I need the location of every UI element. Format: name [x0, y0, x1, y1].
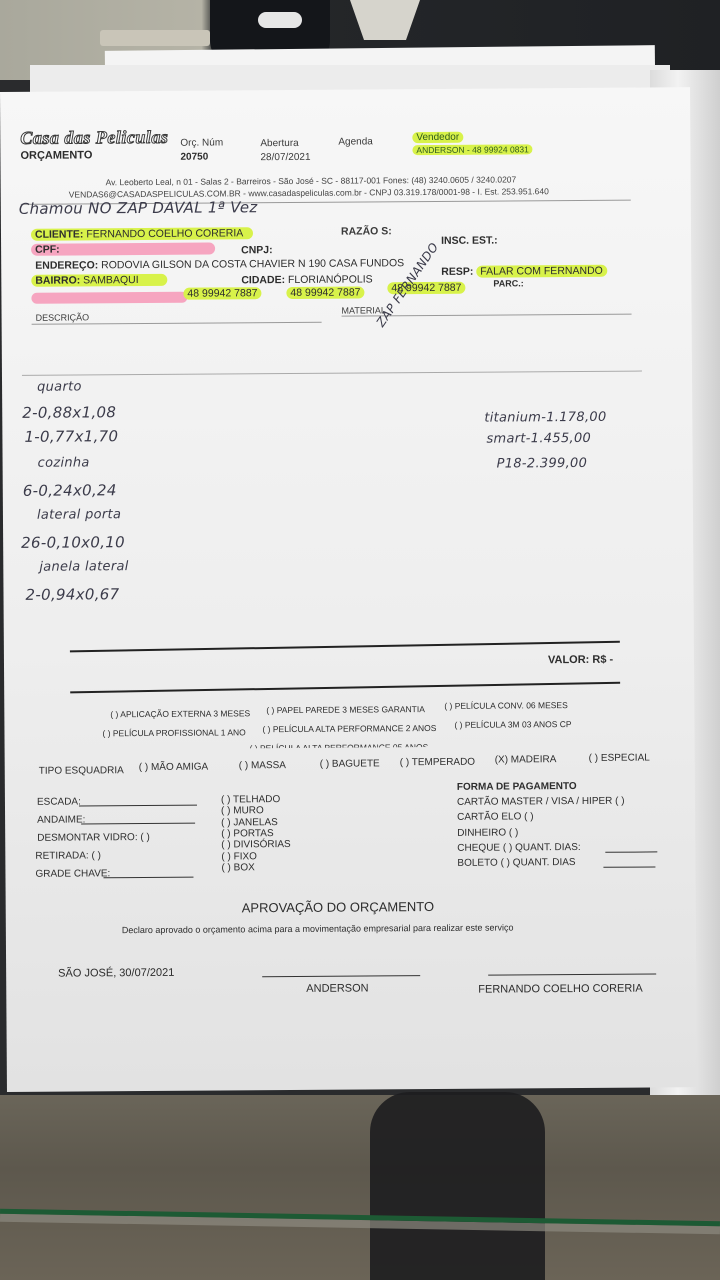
retirada-field[interactable]: RETIRADA: ( ) — [35, 850, 101, 861]
esquadria-option[interactable]: ( ) TEMPERADO — [400, 757, 475, 769]
handwritten-note: Chamou NO ZAP DAVAL 1ª Vez — [19, 198, 258, 218]
esquadria-option[interactable]: ( ) ESPECIAL — [589, 752, 650, 763]
payment-option[interactable]: BOLETO ( ) QUANT. DIAS — [457, 857, 575, 869]
place-date: SÃO JOSÉ, 30/07/2021 — [58, 967, 174, 980]
service-option[interactable]: ( ) PELÍCULA 3M 03 ANOS CP — [454, 719, 571, 730]
approval-title: APROVAÇÃO DO ORÇAMENTO — [242, 899, 434, 915]
doc-type: ORÇAMENTO — [20, 149, 92, 162]
measurement-item: 2-0,94x0,67 — [25, 585, 119, 604]
agenda-label: Agenda — [338, 136, 373, 147]
service-option[interactable]: ( ) PAPEL PAREDE 3 MESES GARANTIA — [266, 704, 425, 715]
location-option[interactable]: ( ) PORTAS — [221, 828, 273, 839]
location-option[interactable]: ( ) MURO — [221, 805, 264, 816]
location-option[interactable]: ( ) BOX — [221, 862, 254, 873]
address-label: ENDEREÇO: — [35, 259, 98, 271]
valor-label: VALOR: R$ - — [548, 654, 613, 666]
payment-option[interactable]: CARTÃO ELO ( ) — [457, 811, 534, 823]
phone-2: 48 99942 7887 — [286, 286, 364, 299]
measurement-item: quarto — [37, 379, 82, 394]
client-label: CLIENTE: — [35, 228, 84, 240]
price-item: smart-1.455,00 — [486, 431, 591, 447]
escada-field: ESCADA: — [37, 796, 81, 807]
payment-title: FORMA DE PAGAMENTO — [457, 781, 577, 793]
address-field: ENDEREÇO: RODOVIA GILSON DA COSTA CHAVIE… — [35, 257, 404, 272]
abertura-label: Abertura — [260, 138, 298, 149]
payment-option[interactable]: DINHEIRO ( ) — [457, 827, 518, 838]
cpf-field: CPF: — [31, 243, 215, 256]
payment-option[interactable]: CARTÃO MASTER / VISA / HIPER ( ) — [457, 796, 625, 808]
cidade-label: CIDADE: — [241, 274, 285, 286]
approval-declaration: Declaro aprovado o orçamento acima para … — [122, 922, 514, 935]
service-option[interactable]: ( ) PELÍCULA ALTA PERFORMANCE 05 ANOS — [250, 742, 429, 748]
vendedor: ANDERSON - 48 99924 0831 — [412, 144, 533, 155]
parc-label: PARC.: — [493, 278, 523, 288]
esquadria-label: TIPO ESQUADRIA — [39, 765, 124, 777]
client-signature: FERNANDO COELHO CORERIA — [478, 983, 643, 996]
resp-value: FALAR COM FERNANDO — [476, 265, 607, 278]
orc-num-label: Orç. Núm — [180, 137, 223, 148]
desmontar-field[interactable]: DESMONTAR VIDRO: ( ) — [37, 832, 150, 844]
orc-num: 20750 — [180, 152, 208, 163]
cidade-value: FLORIANÓPOLIS — [288, 273, 373, 286]
service-option[interactable]: ( ) PELÍCULA ALTA PERFORMANCE 2 ANOS — [262, 723, 436, 734]
service-option[interactable]: ( ) PELÍCULA PROFISSIONAL 1 ANO — [102, 727, 245, 738]
cnpj-label: CNPJ: — [241, 244, 273, 256]
measurement-item: 6-0,24x0,24 — [23, 481, 117, 500]
measurement-item: cozinha — [38, 455, 90, 470]
vendedor-label: Vendedor — [412, 132, 463, 143]
address-line: Av. Leoberto Leal, n 01 - Salas 2 - Barr… — [106, 174, 517, 187]
grade-chave-field: GRADE CHAVE: — [35, 868, 110, 880]
location-option[interactable]: ( ) FIXO — [221, 851, 257, 862]
resp-field: RESP: FALAR COM FERNANDO — [441, 265, 607, 278]
measurement-item: lateral porta — [37, 507, 121, 523]
measurement-item: janela lateral — [39, 559, 128, 575]
address-value: RODOVIA GILSON DA COSTA CHAVIER N 190 CA… — [101, 257, 404, 271]
esquadria-option[interactable]: ( ) MÃO AMIGA — [139, 762, 209, 773]
bairro-field: BAIRRO: SAMBAQUI — [31, 274, 167, 287]
measurement-item: 2-0,88x1,08 — [22, 403, 116, 422]
redacted-field — [31, 292, 187, 304]
service-option[interactable]: ( ) APLICAÇÃO EXTERNA 3 MESES — [110, 708, 250, 719]
key-fob-slot — [258, 12, 302, 28]
seller-signature: ANDERSON — [306, 982, 368, 994]
key-icon — [100, 30, 210, 46]
abertura-date: 28/07/2021 — [260, 152, 310, 163]
price-item: titanium-1.178,00 — [484, 410, 606, 426]
andaime-field: ANDAIME: — [37, 814, 85, 825]
razao-label: RAZÃO S: — [341, 225, 392, 237]
phone-1: 48 99942 7887 — [183, 287, 261, 300]
client-name: FERNANDO COELHO CORERIA — [86, 227, 243, 240]
company-logo: Casa das Peliculas — [20, 127, 168, 149]
esquadria-option[interactable]: ( ) MASSA — [239, 760, 286, 771]
person-leg — [370, 1092, 545, 1280]
resp-label: RESP: — [441, 266, 473, 278]
payment-option[interactable]: CHEQUE ( ) QUANT. DIAS: — [457, 842, 580, 854]
esquadria-option[interactable]: ( ) BAGUETE — [320, 758, 380, 769]
cidade-field: CIDADE: FLORIANÓPOLIS — [241, 273, 372, 286]
location-option[interactable]: ( ) TELHADO — [221, 794, 280, 805]
contact-line: VENDAS6@CASADASPELICULAS.COM.BR - www.ca… — [69, 186, 549, 199]
glass-table-floor — [0, 1095, 720, 1280]
bairro-value: SAMBAQUI — [83, 274, 139, 286]
client-field: CLIENTE: FERNANDO COELHO CORERIA — [31, 227, 253, 241]
measurement-item: 26-0,10x0,10 — [21, 533, 125, 552]
bairro-label: BAIRRO: — [35, 274, 80, 286]
measurement-item: 1-0,77x1,70 — [24, 427, 118, 446]
location-option[interactable]: ( ) JANELAS — [221, 817, 278, 828]
quote-document: Casa das Peliculas ORÇAMENTO Orç. Núm 20… — [0, 87, 697, 1092]
location-option[interactable]: ( ) DIVISÓRIAS — [221, 839, 291, 850]
service-option[interactable]: ( ) PELÍCULA CONV. 06 MESES — [444, 700, 568, 711]
esquadria-option-selected[interactable]: (X) MADEIRA — [495, 754, 557, 765]
price-item: P18-2.399,00 — [497, 456, 588, 472]
descricao-label: DESCRIÇÃO — [36, 312, 90, 322]
insc-label: INSC. EST.: — [441, 235, 498, 247]
